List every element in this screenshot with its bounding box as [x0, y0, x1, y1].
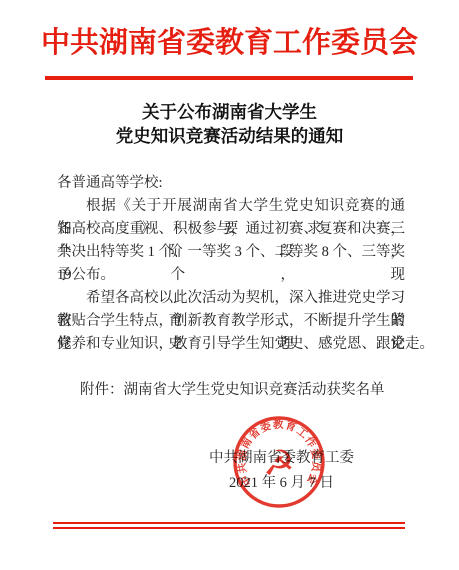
- letterhead-red-rule: [45, 76, 413, 80]
- salutation: 各普通高等学校:: [57, 172, 405, 195]
- letterhead-org-name: 中共湖南省委教育工作委员会: [0, 20, 459, 61]
- document-title: 关于公布湖南省大学生 党史知识竞赛活动结果的通知: [0, 101, 459, 148]
- document-title-line1: 关于公布湖南省大学生: [0, 101, 459, 125]
- attachment-line: 附件：湖南省大学生党史知识竞赛活动获奖名单: [57, 378, 405, 399]
- signature-org: 中共湖南省委教育工委: [104, 446, 459, 471]
- signature-block: 中共湖南省委教育工委 2021 年 6 月 7 日: [104, 446, 459, 496]
- paragraph1-line1: 根据《关于开展湖南省大学生党史知识竞赛的通知》要求，: [57, 195, 405, 218]
- signature-date: 2021 年 6 月 7 日: [104, 471, 459, 496]
- document-body: 各普通高等学校: 根据《关于开展湖南省大学生党史知识竞赛的通知》要求， 各高校高…: [57, 172, 405, 356]
- paragraph1-line3: 共决出特等奖 1 个、一等奖 3 个、二等奖 8 个、三等奖 19 个，现: [57, 241, 405, 264]
- paragraph1-line2: 各高校高度重视、积极参与，通过初赛、复赛和决赛三个阶段，: [57, 218, 405, 241]
- paragraph2-line1: 希望各高校以此次活动为契机，深入推进党史学习教育，紧: [57, 287, 405, 310]
- document-title-line2: 党史知识竞赛活动结果的通知: [0, 125, 459, 149]
- paragraph2-line3: 修养和专业知识，教育引导学生知党史、感党恩、跟党走。: [57, 333, 405, 356]
- footer-double-red-rule: [53, 522, 405, 529]
- official-document-page: 中共湖南省委教育工作委员会 关于公布湖南省大学生 党史知识竞赛活动结果的通知 各…: [0, 0, 459, 570]
- paragraph2-line2: 密贴合学生特点，创新教育教学形式，不断提升学生的党史理论: [57, 310, 405, 333]
